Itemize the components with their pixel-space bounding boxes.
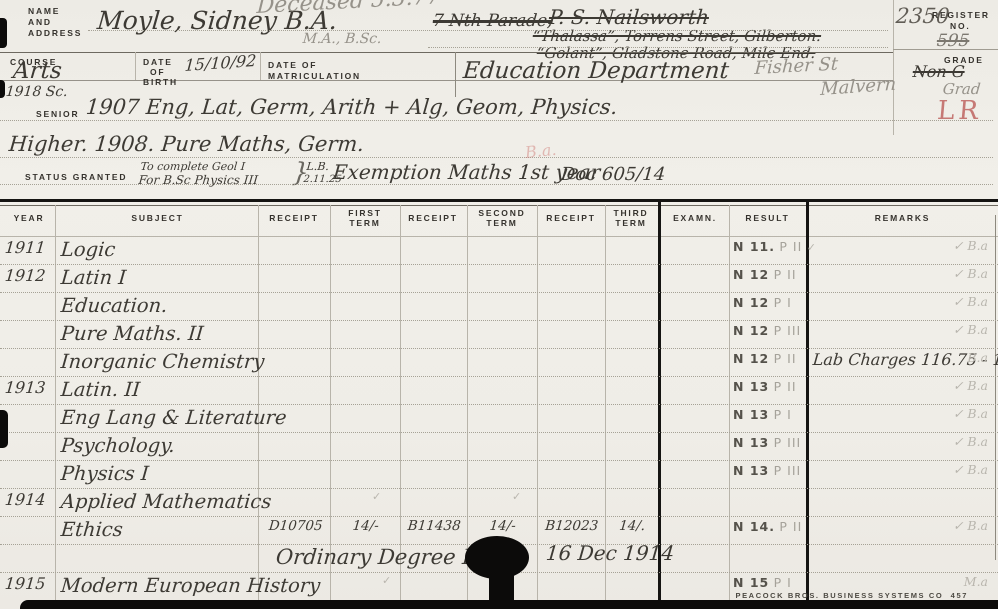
grade-mark: LR: [936, 96, 983, 126]
register-number-old: 595: [936, 31, 970, 51]
grid-line: [893, 49, 998, 50]
register-label: Register: [932, 10, 990, 20]
cell-result: N 12 P II: [733, 350, 808, 368]
result-pass: P I: [774, 295, 792, 310]
cell-result: N 13 P III: [733, 434, 808, 452]
senior-value: 1907 Eng, Lat, Germ, Arith + Alg, Geom, …: [85, 95, 618, 119]
red-stamp: B.a.: [524, 140, 557, 162]
col-header-remarks: Remarks: [810, 213, 995, 223]
grid-line: [135, 52, 136, 80]
cell-receipt3: B12023: [537, 518, 606, 534]
degrees-note: M.A., B.Sc.: [302, 31, 382, 47]
result-number: N 14.: [733, 519, 775, 534]
cell-remark-pencil: ✓ B.a: [856, 434, 988, 449]
rule-dotted: [88, 30, 888, 31]
grid-line: [0, 236, 998, 237]
dob-label-birth: Birth: [143, 77, 178, 87]
dob-label: Date: [143, 57, 173, 67]
senior-label: Senior: [36, 109, 79, 119]
cell-term1: 14/-: [330, 518, 401, 534]
cell-subject: Inorganic Chemistry: [60, 350, 272, 373]
cell-remark-pencil: ✓ B.a: [856, 238, 988, 253]
cell-subject: Psychology.: [60, 434, 272, 457]
table-row: Psychology. N 13 P III ✓ B.a: [0, 434, 998, 462]
table-row: 1914 Applied Mathematics ✓ ✓: [0, 490, 998, 518]
and-label: and: [28, 17, 52, 27]
cell-remark-pencil: B.a: [856, 350, 988, 365]
cell-year: 1912: [4, 266, 58, 285]
cell-remark-pencil: ✓ B.a: [856, 406, 988, 421]
matric-label-1: Date of: [268, 60, 317, 70]
table-row: Physics I N 13 P III ✓ B.a: [0, 462, 998, 490]
matric-label-2: Matriculation: [268, 71, 361, 81]
result-number: N 12: [733, 351, 769, 366]
cell-subject: Education.: [60, 294, 272, 317]
cell-year: 1911: [4, 238, 58, 257]
cell-subject: Latin. II: [60, 378, 272, 401]
result-pass: P III: [774, 323, 802, 338]
table-row: Education. N 12 P I ✓ B.a: [0, 294, 998, 322]
term-tick: ✓: [512, 490, 532, 503]
result-pass: P I: [774, 407, 792, 422]
result-check: ✓: [807, 242, 816, 254]
col-header-receipt1: Receipt: [260, 213, 328, 223]
rule-dotted: [0, 157, 993, 158]
cell-result: N 12 P II: [733, 266, 808, 284]
cell-remark-pencil: M.a: [856, 574, 988, 589]
result-pass: P III: [774, 435, 802, 450]
table-row: 1913 Latin. II N 13 P II ✓ B.a: [0, 378, 998, 406]
col-header-year: Year: [4, 213, 54, 223]
result-number: N 13: [733, 379, 769, 394]
rule-dotted: [428, 47, 888, 48]
cell-result: N 15 P I: [733, 574, 808, 592]
result-number: N 13: [733, 407, 769, 422]
cell-remark-pencil: ✓ B.a: [856, 462, 988, 477]
table-row: 1912 Latin I N 12 P II ✓ B.a: [0, 266, 998, 294]
scan-bottom-edge: [20, 600, 998, 609]
cell-year: 1913: [4, 378, 58, 397]
status-note-top: To complete Geol I: [140, 160, 246, 173]
address-current: Education Department: [462, 58, 730, 84]
cell-subject: Physics I: [60, 462, 272, 485]
cell-receipt1: D10705: [260, 518, 331, 534]
scan-left-mark: [0, 18, 7, 48]
grid-line: [0, 80, 893, 81]
col-header-receipt2: Receipt: [401, 213, 465, 223]
status-initials: L.B.: [306, 160, 330, 173]
table-top-border: [0, 199, 998, 202]
result-pass: P II: [779, 239, 802, 254]
table-row: 1911 Logic N 11. P II ✓ ✓ B.a: [0, 238, 998, 266]
result-pass: P II: [774, 351, 797, 366]
col-header-examn: Examn.: [663, 213, 727, 223]
deceased-note: Deceased 5.3.77: [256, 0, 442, 19]
cell-result: N 14. P II: [733, 518, 808, 536]
col-header-subject: Subject: [60, 213, 255, 223]
cell-remark-pencil: ✓ B.a: [856, 322, 988, 337]
register-no-label: No.: [950, 21, 971, 31]
result-pass: P II: [774, 267, 797, 282]
col-header-result: Result: [731, 213, 804, 223]
cell-result: N 11. P II ✓: [733, 238, 808, 256]
table-row: Eng Lang & Literature N 13 P I ✓ B.a: [0, 406, 998, 434]
cell-remark-pencil: ✓ B.a: [856, 378, 988, 393]
cell-subject: Eng Lang & Literature: [60, 406, 272, 429]
address-pencil-street: Fisher St: [754, 54, 839, 79]
dob-value: 15/10/92: [184, 51, 257, 75]
term-tick: ✓: [372, 490, 392, 503]
cell-year: 1914: [4, 490, 58, 509]
cell-subject: Logic: [60, 238, 272, 261]
higher-value: Higher. 1908. Pure Maths, Germ.: [8, 132, 365, 156]
result-number: N 11.: [733, 239, 775, 254]
grid-line: [893, 0, 894, 135]
scan-left-mark: [0, 80, 5, 98]
address-pencil-suburb: Malvern: [820, 74, 896, 100]
printer-name: Peacock Bros. Business Systems Co: [735, 591, 943, 600]
result-number: N 12: [733, 267, 769, 282]
cell-term3: 14/.: [605, 518, 659, 534]
col-header-receipt3: Receipt: [539, 213, 603, 223]
scan-left-mark: [0, 410, 8, 448]
cell-subject: Pure Maths. II: [60, 322, 272, 345]
result-pass: P II: [774, 379, 797, 394]
result-pass: P I: [774, 575, 792, 590]
cell-result: N 13 P I: [733, 406, 808, 424]
degree-date: 16 Dec 1914: [545, 541, 675, 565]
cell-result: N 13 P II: [733, 378, 808, 396]
col-header-term3: Third Term: [606, 208, 656, 228]
course-note: 1918 Sc.: [5, 84, 68, 100]
col-header-term1: First Term: [335, 208, 395, 228]
result-number: N 13: [733, 463, 769, 478]
cell-remark-pencil: ✓ B.a: [856, 518, 988, 533]
table-row: Inorganic Chemistry N 12 P II Lab Charge…: [0, 350, 998, 378]
student-record-card: Name and Address Moyle, Sidney B.A. Dece…: [0, 0, 998, 609]
name-label: Name: [28, 6, 60, 16]
grid-line: [260, 52, 261, 80]
cell-result: N 12 P III: [733, 322, 808, 340]
course-value: Arts: [12, 58, 63, 84]
cell-subject: Ethics: [60, 518, 272, 541]
grid-line: [0, 205, 998, 206]
cell-term2: 14/-: [467, 518, 538, 534]
result-number: N 15: [733, 575, 769, 590]
result-number: N 12: [733, 323, 769, 338]
cell-result: N 12 P I: [733, 294, 808, 312]
grid-line: [0, 52, 893, 53]
grade-old-value: Non G: [912, 62, 965, 81]
result-number: N 12: [733, 295, 769, 310]
printer-number: 457: [951, 591, 968, 600]
col-header-term2: Second Term: [470, 208, 534, 228]
cell-remark-pencil: ✓ B.a: [856, 266, 988, 281]
status-granted-label: Status Granted: [25, 172, 127, 182]
result-number: N 13: [733, 435, 769, 450]
dob-label-of: of: [150, 67, 165, 77]
cell-subject: Applied Mathematics: [60, 490, 272, 513]
printer-imprint: Peacock Bros. Business Systems Co 457: [0, 591, 968, 600]
table-row: Pure Maths. II N 12 P III ✓ B.a: [0, 322, 998, 350]
address-label: Address: [28, 28, 82, 38]
rule-dotted: [0, 120, 993, 121]
term-tick: ✓: [382, 574, 402, 587]
result-pass: P III: [774, 463, 802, 478]
result-pass: P II: [779, 519, 802, 534]
status-doc-ref: Doc 605/14: [560, 164, 666, 185]
cell-subject: Latin I: [60, 266, 272, 289]
address-old-line1b: P. S. Nailsworth: [548, 5, 710, 29]
grid-line: [455, 52, 456, 97]
rule-dotted: [0, 184, 993, 185]
cell-remark-pencil: ✓ B.a: [856, 294, 988, 309]
cell-receipt2: B11438: [400, 518, 468, 534]
cell-result: N 13 P III: [733, 462, 808, 480]
